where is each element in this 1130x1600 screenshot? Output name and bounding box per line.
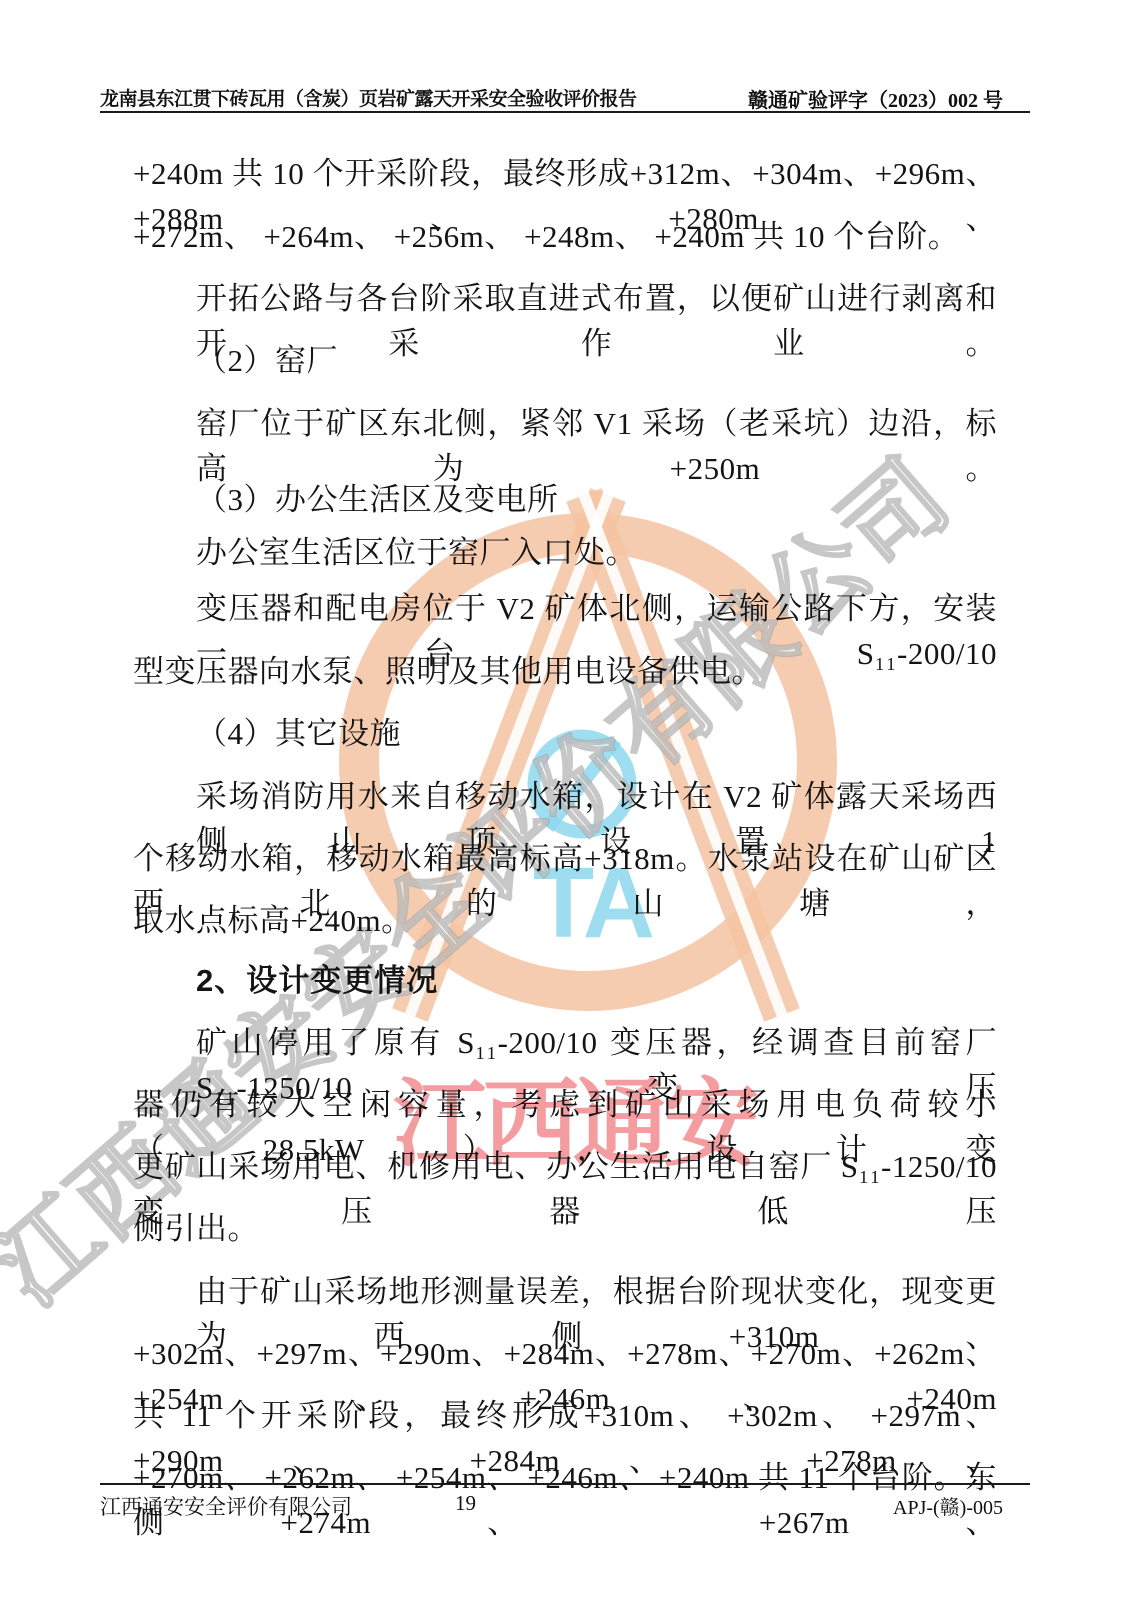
body-line: +302m、+297m、+290m、+284m、+278m、+270m、+262… — [133, 1328, 997, 1370]
body-line: 开拓公路与各台阶采取直进式布置，以便矿山进行剥离和开采作业。 — [133, 273, 997, 315]
body-line: 矿山停用了原有 S₁₁-200/10 变压器，经调查目前窑厂 S₁₁-1250/… — [133, 1017, 997, 1059]
body-line: 更矿山采场用电、机修用电、办公生活用电自窑厂 S₁₁-1250/10 变压器低压 — [133, 1141, 997, 1183]
body-line: +270m、 +262m、 +254m、 +246m、 +240m 共 11 个… — [133, 1452, 997, 1494]
body-line: 个移动水箱，移动水箱最高标高+318m。水泵站设在矿山矿区西北的山塘， — [133, 833, 997, 875]
footer-rule — [100, 1483, 1030, 1485]
body-line: （4）其它设施 — [133, 708, 997, 750]
body-line: （3）办公生活区及变电所 — [133, 474, 997, 516]
body-line: +272m、 +264m、 +256m、 +248m、 +240m 共 10 个… — [133, 211, 997, 253]
body-line: 型变压器向水泵、照明及其他用电设备供电。 — [133, 646, 997, 688]
body-line: 采场消防用水来自移动水箱，设计在 V2 矿体露天采场西侧山顶设置 1 — [133, 771, 997, 813]
body-line: 取水点标高+240m。 — [133, 895, 997, 937]
body-line: 共 11 个开采阶段，最终形成+310m、 +302m、 +297m、 +290… — [133, 1390, 997, 1432]
footer-doc-code: APJ-(赣)-005 — [893, 1491, 1003, 1520]
body-line: 侧引出。 — [133, 1203, 997, 1245]
footer-company-name: 江西通安安全评价有限公司 — [100, 1491, 352, 1521]
section-heading: 2、设计变更情况 — [133, 955, 997, 997]
body-line: 办公室生活区位于窑厂入口处。 — [133, 527, 997, 569]
body-line: 窑厂位于矿区东北侧，紧邻 V1 采场（老采坑）边沿，标高为+250m。 — [133, 398, 997, 440]
body-line: 由于矿山采场地形测量误差，根据台阶现状变化，现变更为西侧+310m、 — [133, 1266, 997, 1308]
body-line: 变压器和配电房位于 V2 矿体北侧，运输公路下方，安装一台 S₁₁-200/10 — [133, 583, 997, 625]
body-line: +240m 共 10 个开采阶段，最终形成+312m、+304m、+296m、+… — [133, 148, 997, 190]
report-page: 龙南县东江贯下砖瓦用（含炭）页岩矿露天开采安全验收评价报告 赣通矿验评字（202… — [0, 0, 1130, 1600]
body-line: 器仍有较大空闲容量，考虑到矿山采场用电负荷较小（28.5kW），设计变 — [133, 1079, 997, 1121]
page-number: 19 — [455, 1491, 476, 1516]
body-line: （2）窑厂 — [133, 335, 997, 377]
